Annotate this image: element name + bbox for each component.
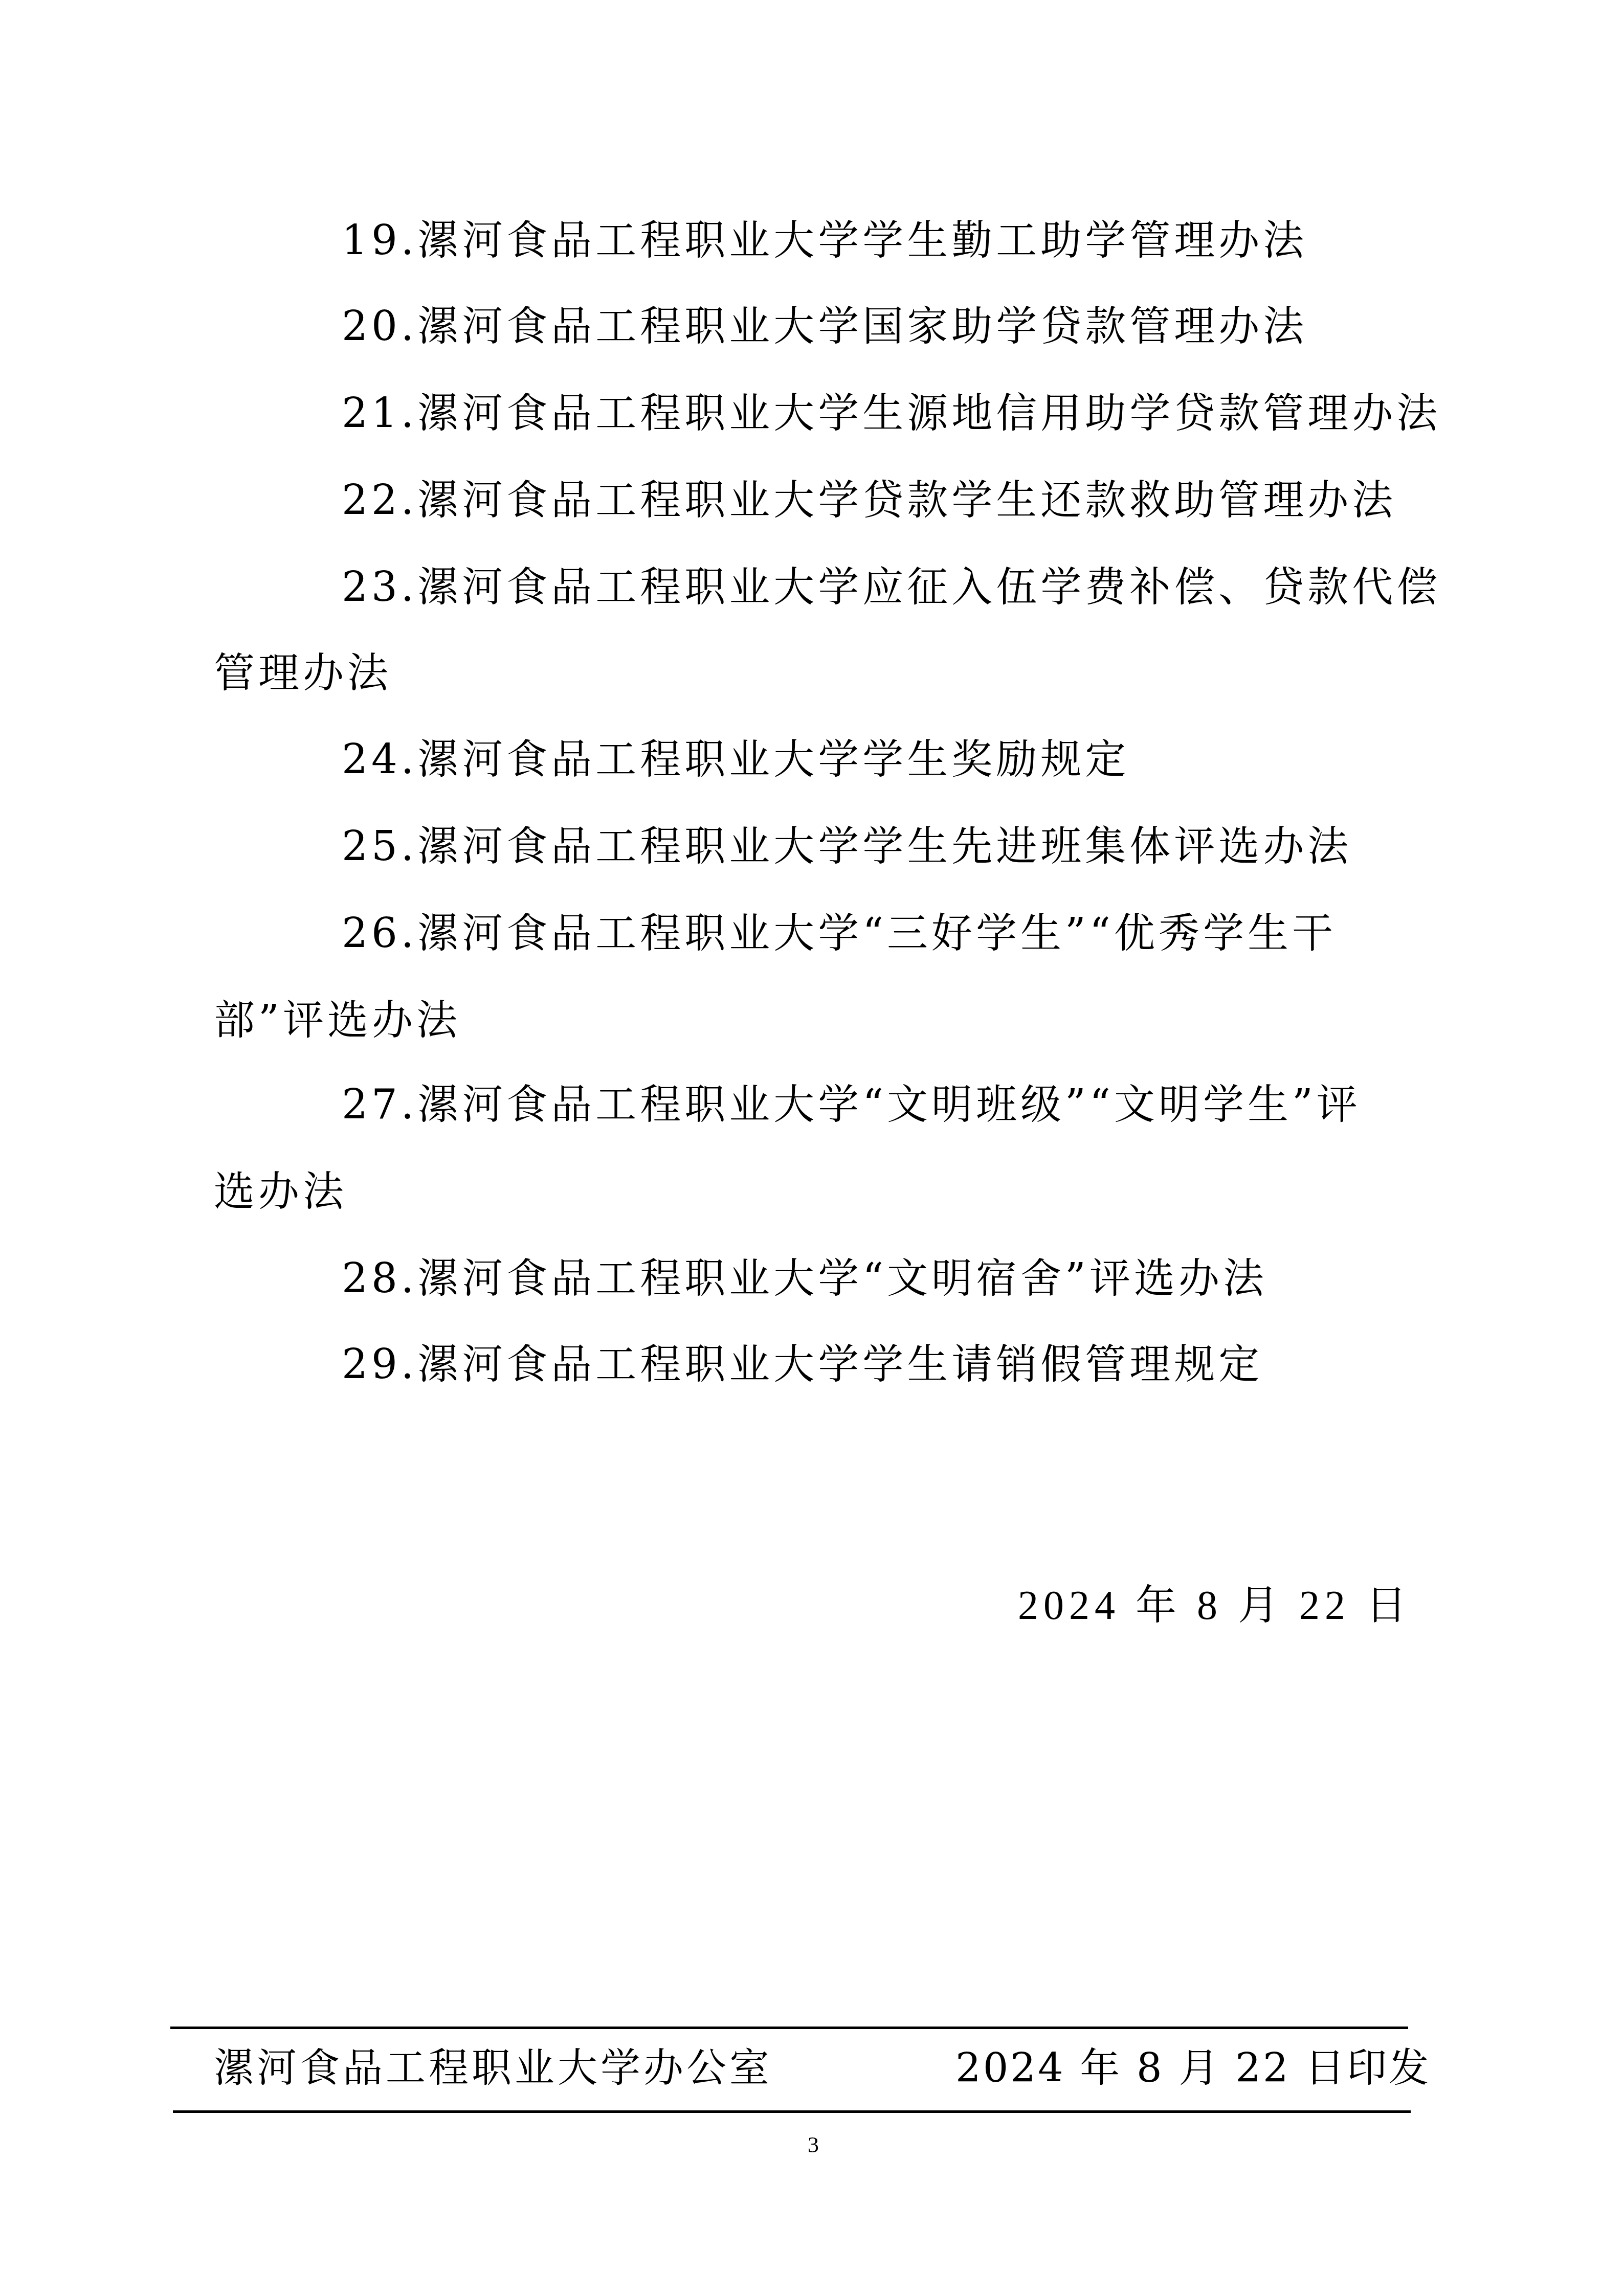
list-item-25: 25.漯河食品工程职业大学学生先进班集体评选办法 <box>342 816 1352 877</box>
list-item-23: 23.漯河食品工程职业大学应征入伍学费补偿、贷款代偿 <box>342 556 1441 618</box>
list-item-19: 19.漯河食品工程职业大学学生勤工助学管理办法 <box>342 210 1307 271</box>
list-item-22: 22.漯河食品工程职业大学贷款学生还款救助管理办法 <box>342 469 1396 531</box>
footer-bottom-rule <box>173 2110 1411 2113</box>
list-item-20: 20.漯河食品工程职业大学国家助学贷款管理办法 <box>342 296 1307 357</box>
signature-date: 2024 年 8 月 22 日 <box>1018 1578 1412 1634</box>
list-item-27: 27.漯河食品工程职业大学“文明班级”“文明学生”评 <box>342 1074 1361 1135</box>
list-item-24: 24.漯河食品工程职业大学学生奖励规定 <box>342 729 1129 790</box>
page-number: 3 <box>798 2130 829 2160</box>
list-item-27-continuation: 选办法 <box>214 1161 347 1222</box>
list-item-23-continuation: 管理办法 <box>214 642 392 704</box>
document-page: 19.漯河食品工程职业大学学生勤工助学管理办法 20.漯河食品工程职业大学国家助… <box>0 0 1624 2296</box>
footer-issuer: 漯河食品工程职业大学办公室 <box>214 2040 772 2097</box>
list-item-28: 28.漯河食品工程职业大学“文明宿舍”评选办法 <box>342 1248 1267 1309</box>
list-item-26-continuation: 部”评选办法 <box>214 989 461 1051</box>
list-item-29: 29.漯河食品工程职业大学学生请销假管理规定 <box>342 1334 1263 1395</box>
list-item-26: 26.漯河食品工程职业大学“三好学生”“优秀学生干 <box>342 903 1337 964</box>
footer-top-rule <box>170 2027 1408 2029</box>
footer-issue-date: 2024 年 8 月 22 日印发 <box>955 2040 1431 2097</box>
list-item-21: 21.漯河食品工程职业大学生源地信用助学贷款管理办法 <box>342 382 1441 444</box>
